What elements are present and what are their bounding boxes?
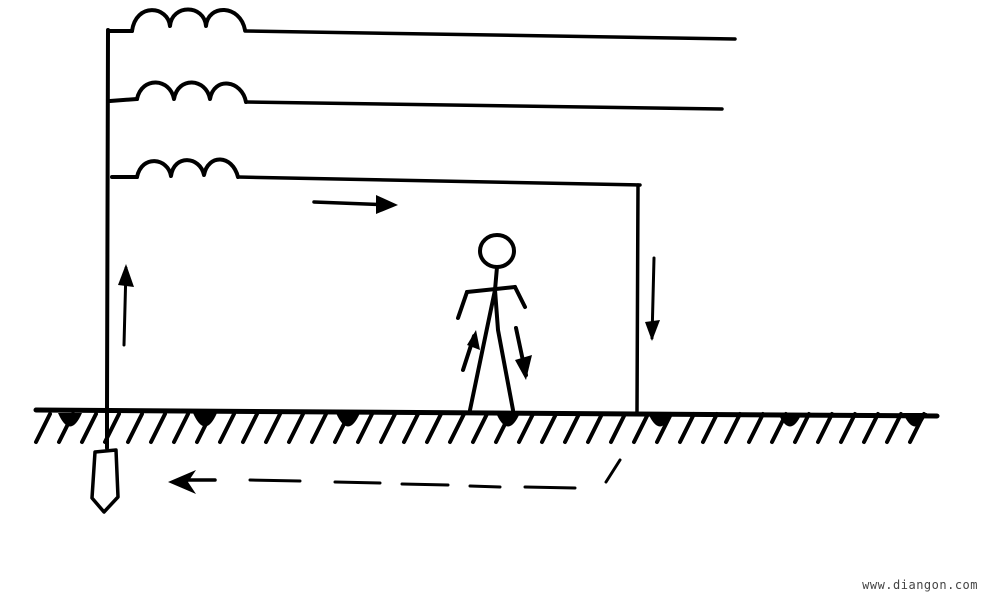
arrow-down-icon xyxy=(645,258,660,341)
arrow-right-icon xyxy=(314,195,398,214)
electric-shock-diagram xyxy=(0,0,984,600)
grounding-electrode xyxy=(92,450,118,512)
phase-winding-2 xyxy=(110,82,722,109)
watermark: www.diangon.com xyxy=(862,578,978,592)
earth-return-path xyxy=(168,460,620,494)
phase-winding-1 xyxy=(108,10,735,40)
arrow-left-icon xyxy=(168,470,196,494)
person-figure xyxy=(458,235,525,410)
phase-winding-3 xyxy=(112,159,640,185)
neutral-conductor xyxy=(107,30,108,448)
arrow-up-icon xyxy=(118,264,134,345)
earth-ground xyxy=(36,410,937,442)
fault-conductor xyxy=(637,185,638,412)
arrow-up-icon xyxy=(463,330,480,370)
arrow-down-icon xyxy=(515,328,532,380)
